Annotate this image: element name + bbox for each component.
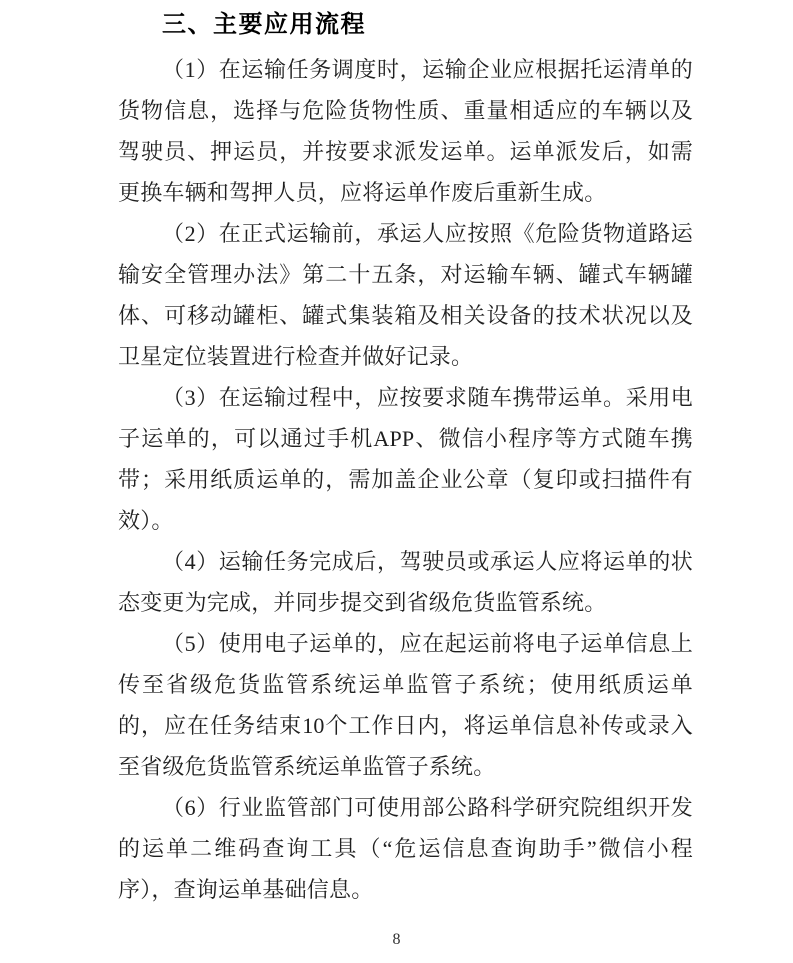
paragraph-5: （5）使用电子运单的，应在起运前将电子运单信息上传至省级危货监管系统运单监管子系… (118, 623, 693, 787)
paragraph-6: （6）行业监管部门可使用部公路科学研究院组织开发的运单二维码查询工具（“危运信息… (118, 787, 693, 910)
page-number: 8 (0, 930, 793, 950)
document-page: 三、主要应用流程 （1）在运输任务调度时，运输企业应根据托运清单的货物信息，选择… (0, 0, 793, 963)
paragraph-1: （1）在运输任务调度时，运输企业应根据托运清单的货物信息，选择与危险货物性质、重… (118, 49, 693, 213)
section-heading: 三、主要应用流程 (162, 10, 693, 40)
document-body: 三、主要应用流程 （1）在运输任务调度时，运输企业应根据托运清单的货物信息，选择… (118, 10, 693, 910)
paragraph-4: （4）运输任务完成后，驾驶员或承运人应将运单的状态变更为完成，并同步提交到省级危… (118, 541, 693, 623)
paragraph-2: （2）在正式运输前，承运人应按照《危险货物道路运输安全管理办法》第二十五条，对运… (118, 213, 693, 377)
paragraph-3: （3）在运输过程中，应按要求随车携带运单。采用电子运单的，可以通过手机APP、微… (118, 377, 693, 541)
